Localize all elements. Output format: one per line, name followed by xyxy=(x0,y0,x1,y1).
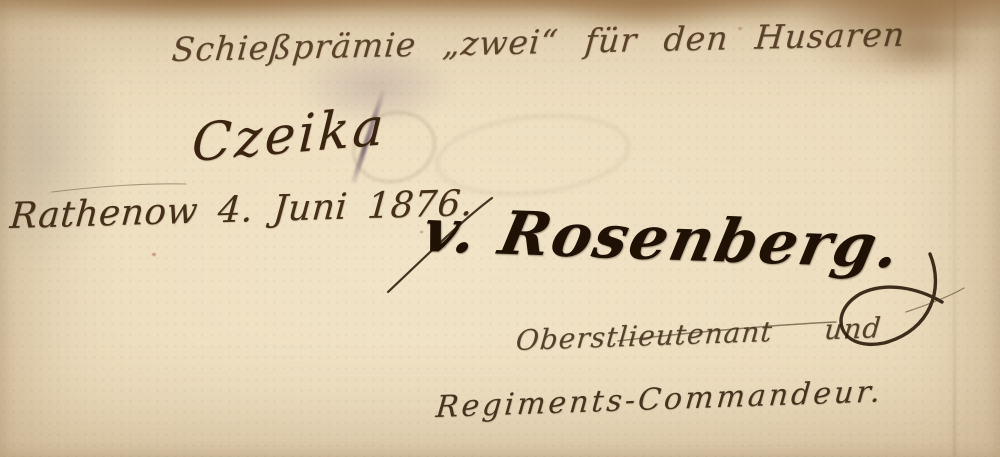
manuscript-page: Schießprämie „zwei“ für den Husaren Czei… xyxy=(0,0,1000,457)
paper-speck xyxy=(151,252,157,257)
paper-crease xyxy=(953,0,956,457)
